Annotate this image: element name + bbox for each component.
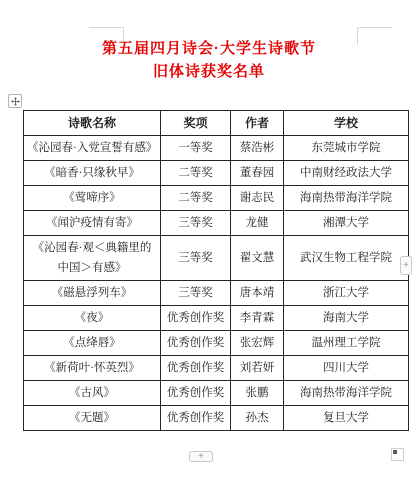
move-icon (11, 97, 20, 106)
table-cell[interactable]: 《磁悬浮列车》 (24, 281, 161, 306)
table-row: 《夜》优秀创作奖李青霖海南大学 (24, 306, 409, 331)
table-cell[interactable]: 唐本靖 (231, 281, 284, 306)
table-row: 《闻沪疫情有寄》三等奖龙健湘潭大学 (24, 211, 409, 236)
table-cell[interactable]: 三等奖 (161, 281, 231, 306)
table-header-cell[interactable]: 作者 (231, 111, 284, 136)
table-cell[interactable]: 李青霖 (231, 306, 284, 331)
table-row: 《新荷叶·怀英烈》优秀创作奖刘若妍四川大学 (24, 356, 409, 381)
table-cell[interactable]: 《点绛唇》 (24, 331, 161, 356)
table-cell[interactable]: 优秀创作奖 (161, 381, 231, 406)
table-cell[interactable]: 《无题》 (24, 406, 161, 431)
table-header-cell[interactable]: 奖项 (161, 111, 231, 136)
table-cell[interactable]: 海南热带海洋学院 (284, 381, 409, 406)
table-cell[interactable]: 孙杰 (231, 406, 284, 431)
doc-title-line2[interactable]: 旧体诗获奖名单 (0, 60, 418, 81)
table-cell[interactable]: 优秀创作奖 (161, 356, 231, 381)
table-cell[interactable]: 《沁园春·观＜典籍里的中国＞有感》 (24, 236, 161, 281)
table-cell[interactable]: 《暗香·只缘秋早》 (24, 161, 161, 186)
table-cell[interactable]: 中南财经政法大学 (284, 161, 409, 186)
table-row: 《点绛唇》优秀创作奖张宏辉温州理工学院 (24, 331, 409, 356)
table-move-handle[interactable] (8, 94, 22, 108)
table-cell[interactable]: 武汉生物工程学院 (284, 236, 409, 281)
table-row: 《古风》优秀创作奖张鹏海南热带海洋学院 (24, 381, 409, 406)
table-cell[interactable]: 董春园 (231, 161, 284, 186)
table-cell[interactable]: 刘若妍 (231, 356, 284, 381)
table-cell[interactable]: 三等奖 (161, 236, 231, 281)
table-cell[interactable]: 浙江大学 (284, 281, 409, 306)
table-cell[interactable]: 东莞城市学院 (284, 136, 409, 161)
table-cell[interactable]: 《新荷叶·怀英烈》 (24, 356, 161, 381)
table-cell[interactable]: 三等奖 (161, 211, 231, 236)
resize-corner-icon (393, 450, 397, 454)
table-cell[interactable]: 温州理工学院 (284, 331, 409, 356)
table-row: 《莺啼序》二等奖谢志民海南热带海洋学院 (24, 186, 409, 211)
table-cell[interactable]: 复旦大学 (284, 406, 409, 431)
doc-title-line1[interactable]: 第五届四月诗会·大学生诗歌节 (0, 37, 418, 58)
table-cell[interactable]: 海南大学 (284, 306, 409, 331)
table-header-cell[interactable]: 诗歌名称 (24, 111, 161, 136)
table-cell[interactable]: 四川大学 (284, 356, 409, 381)
table-resize-handle[interactable] (391, 448, 404, 461)
table-cell[interactable]: 湘潭大学 (284, 211, 409, 236)
add-column-button[interactable]: + (400, 256, 412, 275)
table-cell[interactable]: 翟文慧 (231, 236, 284, 281)
table-cell[interactable]: 二等奖 (161, 186, 231, 211)
table-cell[interactable]: 优秀创作奖 (161, 306, 231, 331)
table-row: 《磁悬浮列车》三等奖唐本靖浙江大学 (24, 281, 409, 306)
table-cell[interactable]: 优秀创作奖 (161, 406, 231, 431)
table-cell[interactable]: 《莺啼序》 (24, 186, 161, 211)
table-cell[interactable]: 一等奖 (161, 136, 231, 161)
table-header-cell[interactable]: 学校 (284, 111, 409, 136)
table-cell[interactable]: 《夜》 (24, 306, 161, 331)
table-row: 《无题》优秀创作奖孙杰复旦大学 (24, 406, 409, 431)
table-cell[interactable]: 蔡浩彬 (231, 136, 284, 161)
table-row: 《暗香·只缘秋早》二等奖董春园中南财经政法大学 (24, 161, 409, 186)
add-row-button[interactable]: + (189, 451, 213, 462)
table-header-row: 诗歌名称奖项作者学校 (24, 111, 409, 136)
table-row: 《沁园春·入党宣誓有感》一等奖蔡浩彬东莞城市学院 (24, 136, 409, 161)
table-cell[interactable]: 二等奖 (161, 161, 231, 186)
table-cell[interactable]: 张宏辉 (231, 331, 284, 356)
awards-table: 诗歌名称奖项作者学校 《沁园春·入党宣誓有感》一等奖蔡浩彬东莞城市学院《暗香·只… (23, 110, 409, 431)
table-cell[interactable]: 《闻沪疫情有寄》 (24, 211, 161, 236)
table-cell[interactable]: 龙健 (231, 211, 284, 236)
table-cell[interactable]: 优秀创作奖 (161, 331, 231, 356)
table-cell[interactable]: 海南热带海洋学院 (284, 186, 409, 211)
table-cell[interactable]: 张鹏 (231, 381, 284, 406)
table-cell[interactable]: 《沁园春·入党宣誓有感》 (24, 136, 161, 161)
table-cell[interactable]: 谢志民 (231, 186, 284, 211)
table-cell[interactable]: 《古风》 (24, 381, 161, 406)
table-row: 《沁园春·观＜典籍里的中国＞有感》三等奖翟文慧武汉生物工程学院 (24, 236, 409, 281)
